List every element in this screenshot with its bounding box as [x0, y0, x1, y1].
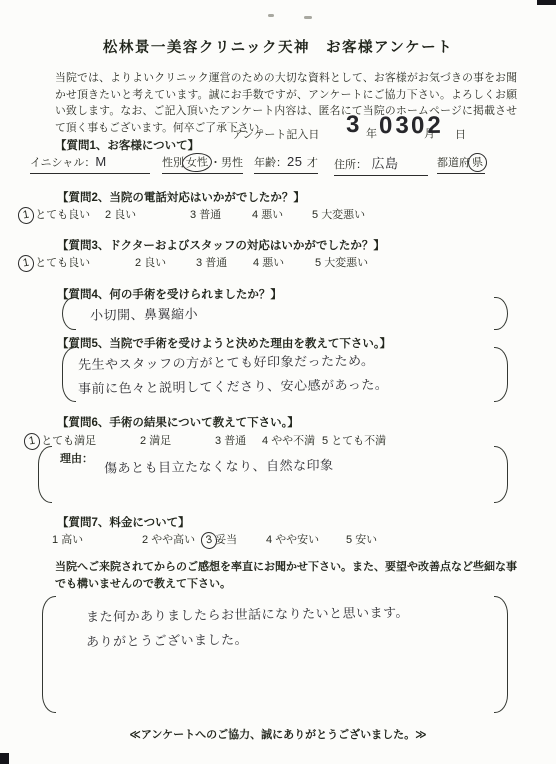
- q3-option-5: 5 大変悪い: [315, 254, 368, 270]
- scanned-survey-form: 松林景一美容クリニック天神 お客様アンケート 当院では、よりよいクリニック運営の…: [0, 0, 556, 764]
- initial-value: M: [95, 154, 106, 169]
- q6-reason-label: 理由：: [60, 450, 93, 466]
- q1-header: 【質問1、お客様について】: [55, 137, 199, 153]
- q6-reason-value: 傷あとも目立たなくなり、自然な印象: [104, 454, 334, 476]
- q5-answer-box: 先生やスタッフの方がとても好印象だったため。 事前に色々と説明してくださり、安心…: [62, 347, 508, 402]
- gender-label: 性別: [162, 157, 184, 169]
- prefecture-circled: 県: [467, 152, 487, 172]
- feedback-line1: また何かありましたらお世話になりたいと思います。: [86, 602, 409, 626]
- initial-label: イニシャル：: [30, 157, 95, 169]
- feedback-line2: ありがとうございました。: [86, 629, 248, 650]
- q3-option-1: 1 とても良い: [22, 254, 90, 270]
- scan-artifact-bottom-left: [0, 753, 9, 764]
- scan-artifact-top-right: [537, 0, 556, 5]
- age-value: 25: [287, 154, 302, 169]
- q4-answer: 小切開、鼻翼縮小: [90, 303, 198, 324]
- q3-header: 【質問3、ドクターおよびスタッフの対応はいかがでしたか？】: [57, 237, 385, 253]
- footer-thanks: ≪アンケートへのご協力、誠にありがとうございました。≫: [0, 726, 556, 742]
- q2-option-4: 4 悪い: [252, 206, 283, 222]
- day-unit: 日: [455, 126, 466, 142]
- feedback-box: また何かありましたらお世話になりたいと思います。 ありがとうございました。: [42, 596, 508, 713]
- scan-speck: [268, 14, 274, 17]
- q2-option-3: 3 普通: [190, 206, 221, 222]
- age-field: 年齢：25 才: [254, 153, 318, 174]
- gender-female-circled: 女性: [181, 152, 212, 173]
- q2-option-5: 5 大変悪い: [312, 206, 365, 222]
- q7-option-3: 3妥当: [205, 531, 237, 547]
- initial-field: イニシャル：M: [30, 153, 150, 174]
- q3-option-3: 3 普通: [196, 254, 227, 270]
- q6-header: 【質問6、手術の結果について教えて下さい。】: [57, 414, 299, 430]
- selected-circle: 1: [17, 206, 36, 226]
- age-label: 年齢：: [254, 157, 287, 169]
- q7-header: 【質問7、料金について】: [57, 514, 190, 530]
- age-unit: 才: [307, 157, 318, 169]
- gender-field: 性別女性・男性: [162, 153, 243, 174]
- page-title: 松林景一美容クリニック天神 お客様アンケート: [0, 36, 556, 57]
- q5-answer-line1: 先生やスタッフの方がとても好印象だったため。: [78, 350, 375, 373]
- gender-male: ・男性: [210, 157, 243, 169]
- q2-option-1: 1 とても良い: [22, 206, 90, 222]
- q7-option-1: 1 高い: [52, 531, 83, 547]
- scan-speck: [304, 16, 312, 19]
- q2-header: 【質問2、当院の電話対応はいかがでしたか？】: [57, 189, 305, 205]
- q5-answer-line2: 事前に色々と説明してくださり、安心感があった。: [78, 374, 389, 397]
- address-label: 住所：: [334, 159, 367, 171]
- q3-option-4: 4 悪い: [253, 254, 284, 270]
- address-field: 住所： 広島: [334, 153, 428, 176]
- prefecture-field: 都道府県: [437, 153, 485, 174]
- handwritten-day: 02: [411, 112, 444, 140]
- q2-option-2: 2 良い: [105, 206, 136, 222]
- q7-option-2: 2 やや高い: [142, 531, 195, 547]
- q7-option-4: 4 やや安い: [266, 531, 319, 547]
- handwritten-month: 03: [379, 112, 412, 140]
- q6-reason-box: 理由： 傷あとも目立たなくなり、自然な印象: [38, 446, 508, 503]
- selected-circle: 1: [17, 254, 36, 274]
- q7-option-5: 5 安い: [346, 531, 377, 547]
- handwritten-year: 3: [346, 111, 363, 139]
- year-unit: 年: [366, 125, 377, 141]
- feedback-prompt: 当院へご来院されてからのご感想を率直にお聞かせ下さい。また、要望や改善点など些細…: [55, 559, 517, 593]
- date-label: アンケート記入日: [232, 126, 319, 142]
- prefecture-prefix: 都道府: [437, 157, 470, 169]
- q4-answer-box: 小切開、鼻翼縮小: [62, 297, 508, 330]
- q3-option-2: 2 良い: [135, 254, 166, 270]
- address-value: 広島: [371, 156, 398, 171]
